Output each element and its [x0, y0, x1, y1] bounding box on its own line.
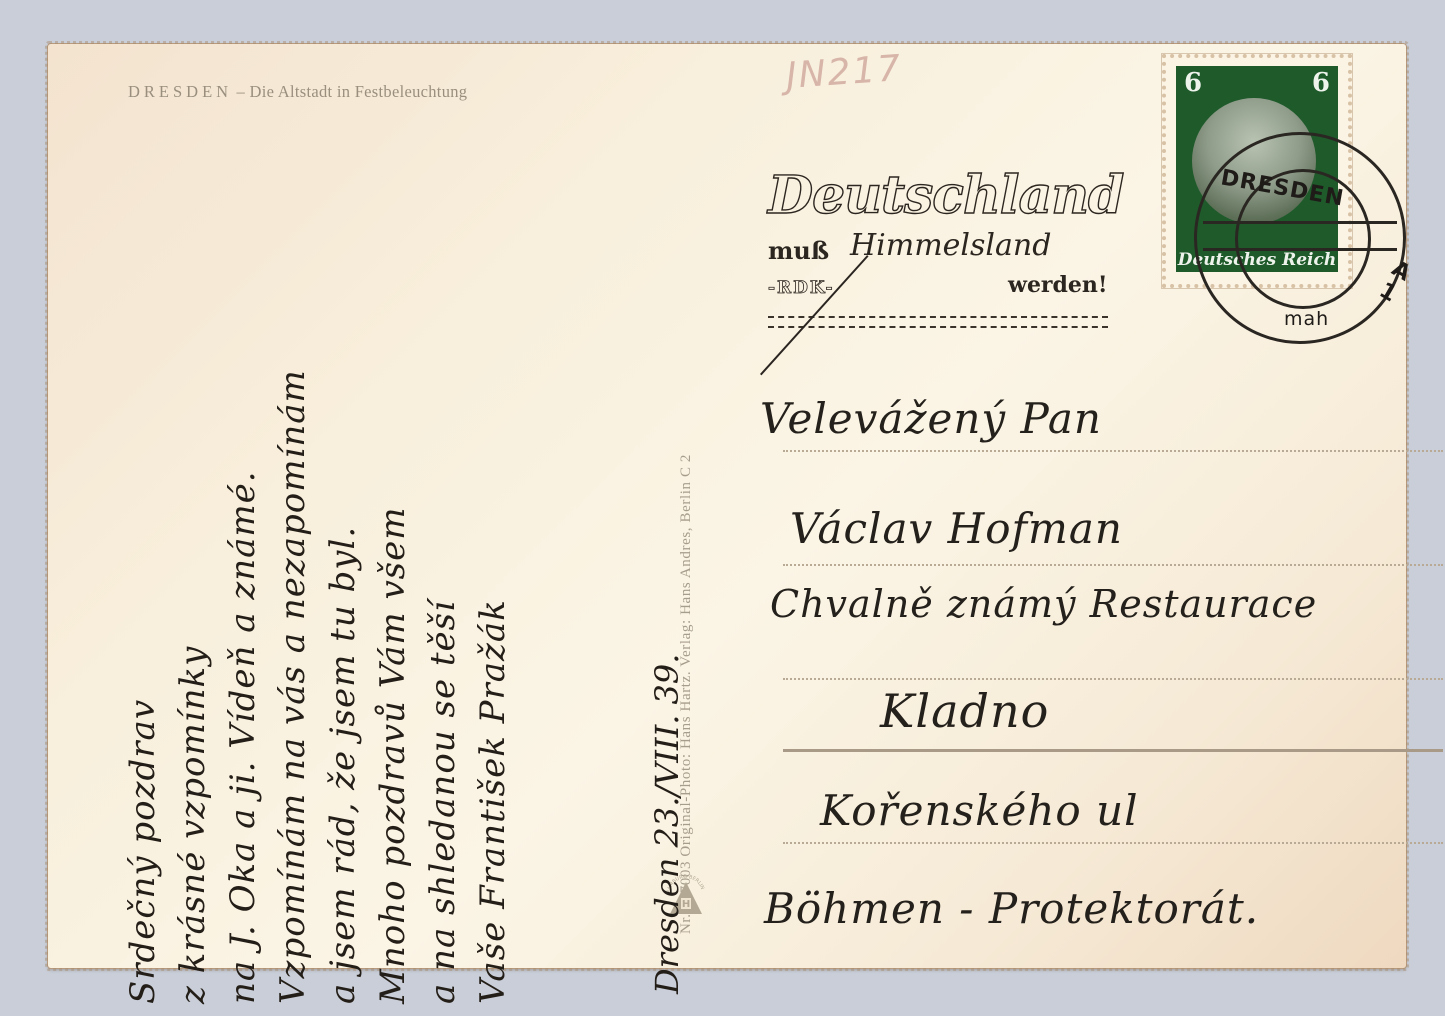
caption-title: Die Altstadt in Festbeleuchtung — [250, 82, 468, 101]
slogan-line-3a: -RDK- — [768, 278, 835, 298]
address-line-6: Böhmen - Protektorát. — [764, 884, 1259, 933]
slogan-rules — [768, 316, 1108, 328]
address-line-3: Chvalně známý Restaurace — [770, 582, 1317, 626]
caption-separator: – — [237, 82, 246, 101]
handwritten-dateline: Dresden 23./VIII. 39. — [648, 654, 686, 994]
message-line: Srdečný pozdrav — [118, 144, 168, 1004]
handwritten-message: Srdečný pozdrav z krásné vzpomínky na J.… — [118, 144, 608, 1004]
cancellation-slogan: Deutschland muß Himmelsland -RDK- werden… — [768, 166, 1098, 226]
stamp-value-left: 6 — [1184, 68, 1202, 98]
address-line-1: Velevážený Pan — [760, 394, 1102, 443]
slogan-line-1: Deutschland — [768, 166, 1098, 226]
address-rule — [783, 842, 1443, 844]
slogan-line-2a: muß — [768, 236, 829, 265]
message-line: z krásné vzpomínky — [168, 144, 218, 1004]
address-line-2: Václav Hofman — [790, 504, 1123, 553]
message-line: a jsem rád, že jsem tu byl. — [318, 144, 368, 1004]
slogan-line-3b: werden! — [1008, 272, 1108, 298]
message-line: Vaše František Pražák — [468, 144, 518, 1004]
printed-caption: DRESDEN – Die Altstadt in Festbeleuchtun… — [128, 82, 467, 102]
address-rule — [783, 450, 1443, 452]
message-line: Vzpomínám na vás a nezapomínám — [268, 144, 318, 1004]
postmark-date-bar — [1203, 221, 1397, 251]
slogan-line-2b: Himmelsland — [850, 228, 1051, 263]
message-line: a na shledanou se těší — [418, 144, 468, 1004]
message-line: na J. Oka a ji. Vídeň a známé. — [218, 144, 268, 1004]
message-line: Mnoho pozdravů Vám všem — [368, 144, 418, 1004]
postcard: DRESDEN – Die Altstadt in Festbeleuchtun… — [48, 44, 1406, 968]
caption-city: DRESDEN — [128, 82, 232, 101]
address-line-4: Kladno — [880, 684, 1049, 738]
pencil-inventory-note: JN217 — [785, 48, 904, 97]
address-rule — [783, 564, 1443, 566]
address-line-5: Kořenského ul — [820, 786, 1139, 835]
postmark-code: mah — [1284, 308, 1329, 330]
address-rule — [783, 678, 1443, 680]
stamp-value-right: 6 — [1312, 68, 1330, 98]
address-rule — [783, 749, 1443, 752]
